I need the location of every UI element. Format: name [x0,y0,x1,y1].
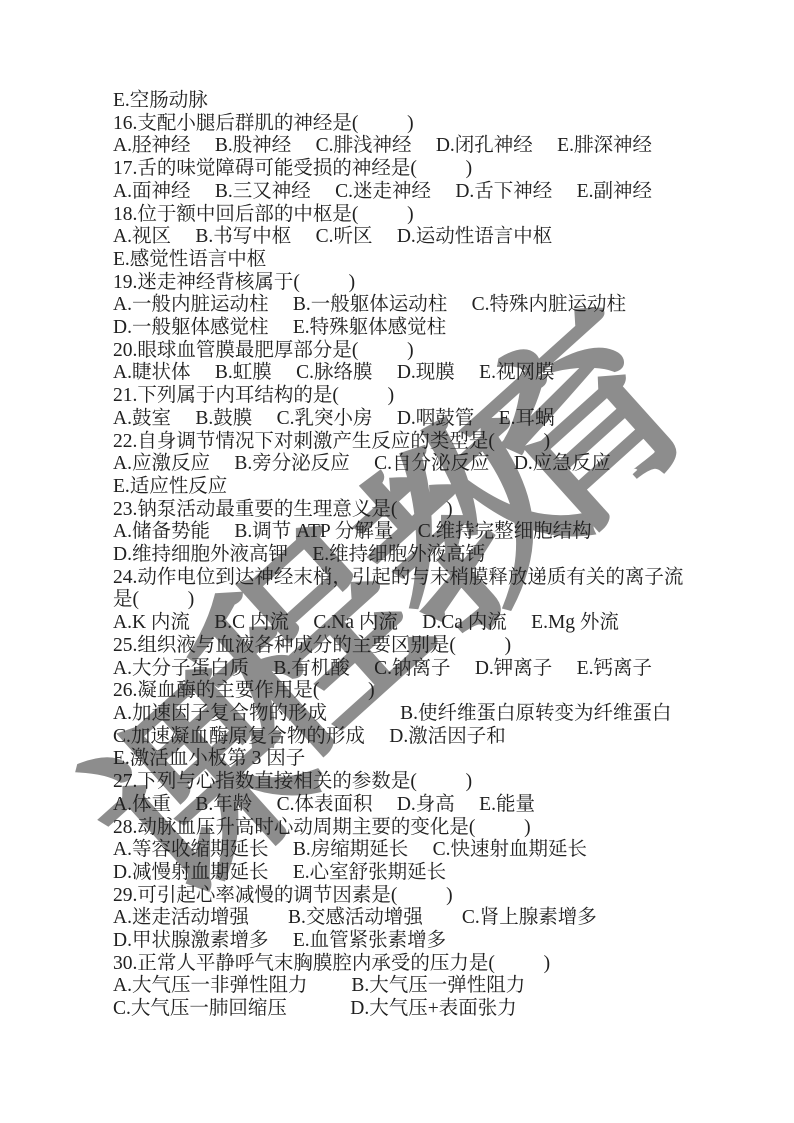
text-line: C.大气压一肺回缩压 D.大气压+表面张力 [113,998,713,1021]
text-line: 29.可引起心率减慢的调节因素是( ) [113,885,713,908]
text-line: D.维持细胞外液高钾 E.维持细胞外液高钙 [113,544,713,567]
text-line: 23.钠泵活动最重要的生理意义是( ) [113,499,713,522]
text-line: A.面神经 B.三又神经 C.迷走神经 D.舌下神经 E.副神经 [113,181,713,204]
text-line: 17.舌的味觉障碍可能受损的神经是( ) [113,158,713,181]
text-line: A.大气压一非弹性阻力 B.大气压一弹性阻力 [113,975,713,998]
text-line: 30.正常人平静呼气末胸膜腔内承受的压力是( ) [113,953,713,976]
text-line: C.加速凝血酶原复合物的形成 D.激活因子和 [113,726,713,749]
text-line: D.一般躯体感觉柱 E.特殊躯体感觉柱 [113,317,713,340]
text-line: A.一般内脏运动柱 B.一般躯体运动柱 C.特殊内脏运动柱 [113,294,713,317]
text-line: A.胫神经 B.股神经 C.腓浅神经 D.闭孔神经 E.腓深神经 [113,135,713,158]
text-line: A.体重 B.年龄 C.体表面积 D.身高 E.能量 [113,794,713,817]
text-line: A.迷走活动增强 B.交感活动增强 C.肾上腺素增多 [113,907,713,930]
text-line: 27.下列与心指数直接相关的参数是( ) [113,771,713,794]
text-line: A.加速因子复合物的形成 B.使纤维蛋白原转变为纤维蛋白 [113,703,713,726]
text-line: A.视区 B.书写中枢 C.听区 D.运动性语言中枢 [113,226,713,249]
text-line: 18.位于额中回后部的中枢是( ) [113,204,713,227]
text-line: A.应激反应 B.旁分泌反应 C.自分泌反应 D.应急反应 [113,453,713,476]
document-page: 课程教育 E.空肠动脉16.支配小腿后群肌的神经是( )A.胫神经 B.股神经 … [0,0,794,1123]
text-line: E.感觉性语言中枢 [113,249,713,272]
text-line: D.减慢射血期延长 E.心室舒张期延长 [113,862,713,885]
document-body: E.空肠动脉16.支配小腿后群肌的神经是( )A.胫神经 B.股神经 C.腓浅神… [113,90,713,1021]
text-line: 16.支配小腿后群肌的神经是( ) [113,113,713,136]
text-line: E.激活血小板第 3 因子 [113,748,713,771]
text-line: 25.组织液与血液各种成分的主要区别是( ) [113,635,713,658]
text-line: 21.下列属于内耳结构的是( ) [113,385,713,408]
text-line: 19.迷走神经背核属于( ) [113,272,713,295]
text-line: 24.动作电位到达神经末梢，引起的与末梢膜释放递质有关的离子流 [113,567,713,590]
text-line: E.空肠动脉 [113,90,713,113]
text-line: 28.动脉血压升高时心动周期主要的变化是( ) [113,817,713,840]
text-line: A.睫状体 B.虹膜 C.脉络膜 D.现膜 E.视网膜 [113,362,713,385]
text-line: 22.自身调节情况下对刺激产生反应的类型是( ) [113,431,713,454]
text-line: A.储备势能 B.调节 ATP 分解量 C.维持完整细胞结构 [113,521,713,544]
text-line: 20.眼球血管膜最肥厚部分是( ) [113,340,713,363]
text-line: A.鼓室 B.鼓膜 C.乳突小房 D.咽鼓管 E.耳蜗 [113,408,713,431]
text-line: E.适应性反应 [113,476,713,499]
text-line: 26.凝血酶的主要作用是( ) [113,680,713,703]
text-line: 是( ) [113,589,713,612]
text-line: A.等容收缩期延长 B.房缩期延长 C.快速射血期延长 [113,839,713,862]
text-line: A.K 内流 B.C 内流 C.Na 内流 D.Ca 内流 E.Mg 外流 [113,612,713,635]
text-line: D.甲状腺激素增多 E.血管紧张素增多 [113,930,713,953]
text-line: A.大分子蛋白质 B.有机酸 C.钠离子 D.钾离子 E.钙离子 [113,658,713,681]
